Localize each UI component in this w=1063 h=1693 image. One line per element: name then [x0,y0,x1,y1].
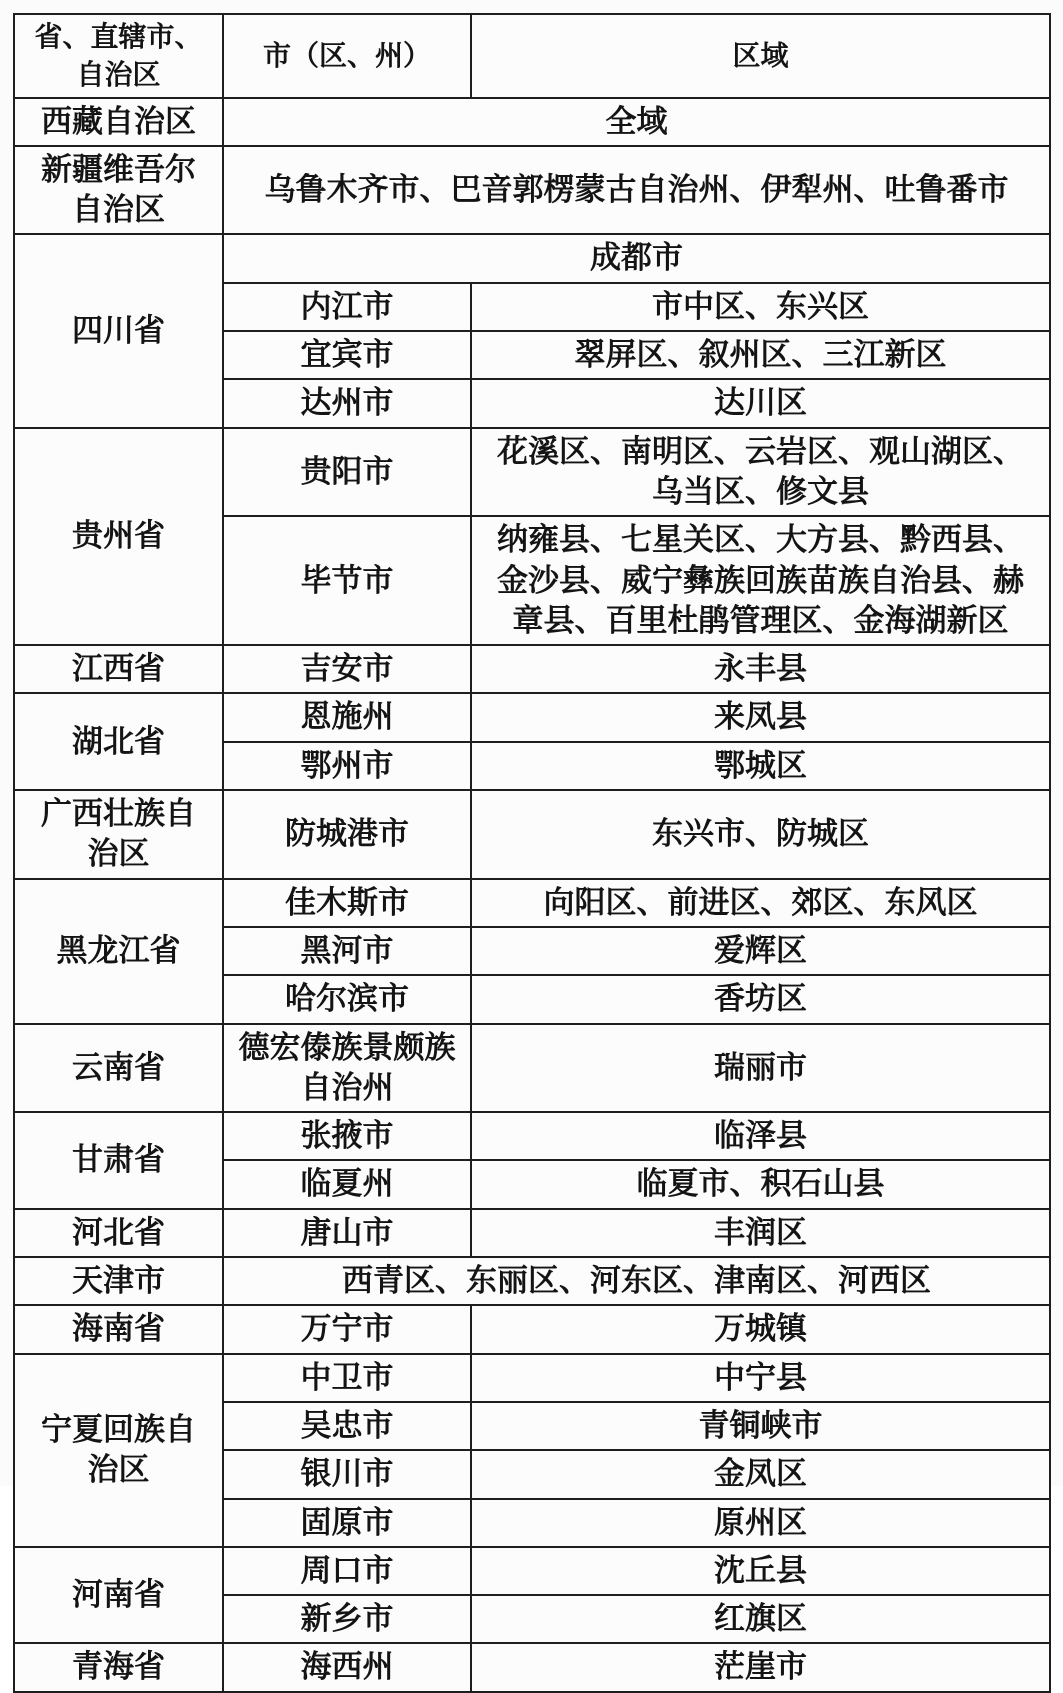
city-cell: 新乡市 [223,1595,471,1643]
city-cell: 毕节市 [223,516,471,645]
table-row: 河北省 唐山市 丰润区 [14,1209,1050,1257]
region-cell: 瑞丽市 [471,1024,1050,1113]
city-cell: 鄂州市 [223,742,471,790]
city-cell: 恩施州 [223,693,471,741]
city-cell: 银川市 [223,1450,471,1498]
province-cell: 西藏自治区 [14,98,223,146]
region-cell: 来凤县 [471,693,1050,741]
province-cell: 青海省 [14,1643,223,1691]
table-row: 贵州省 贵阳市 花溪区、南明区、云岩区、观山湖区、乌当区、修文县 [14,428,1050,517]
province-cell: 湖北省 [14,693,223,790]
region-cell: 西青区、东丽区、河东区、津南区、河西区 [223,1257,1050,1305]
city-cell: 海西州 [223,1643,471,1691]
province-cell: 宁夏回族自治区 [14,1354,223,1547]
header-cell-region: 区域 [471,14,1050,98]
province-cell: 天津市 [14,1257,223,1305]
table-row: 新疆维吾尔自治区 乌鲁木齐市、巴音郭楞蒙古自治州、伊犁州、吐鲁番市 [14,146,1050,235]
region-cell: 市中区、东兴区 [471,283,1050,331]
region-cell: 金凤区 [471,1450,1050,1498]
region-cell: 中宁县 [471,1354,1050,1402]
province-cell: 广西壮族自治区 [14,790,223,879]
city-cell: 固原市 [223,1499,471,1547]
province-cell: 黑龙江省 [14,879,223,1024]
city-cell: 哈尔滨市 [223,975,471,1023]
province-cell: 河北省 [14,1209,223,1257]
city-cell: 黑河市 [223,927,471,975]
table-row: 江西省 吉安市 永丰县 [14,645,1050,693]
region-cell: 临夏市、积石山县 [471,1160,1050,1208]
region-cell: 沈丘县 [471,1547,1050,1595]
region-cell: 茫崖市 [471,1643,1050,1691]
province-cell: 贵州省 [14,428,223,645]
table-row: 云南省 德宏傣族景颇族自治州 瑞丽市 [14,1024,1050,1113]
table-row: 四川省 成都市 [14,234,1050,282]
region-cell: 丰润区 [471,1209,1050,1257]
region-cell: 乌鲁木齐市、巴音郭楞蒙古自治州、伊犁州、吐鲁番市 [223,146,1050,235]
city-cell: 中卫市 [223,1354,471,1402]
region-cell: 临泽县 [471,1112,1050,1160]
table-row: 天津市 西青区、东丽区、河东区、津南区、河西区 [14,1257,1050,1305]
table-row: 宁夏回族自治区 中卫市 中宁县 [14,1354,1050,1402]
city-cell: 万宁市 [223,1305,471,1353]
city-cell: 达州市 [223,379,471,427]
province-cell: 四川省 [14,234,223,427]
table-row: 广西壮族自治区 防城港市 东兴市、防城区 [14,790,1050,879]
province-cell: 云南省 [14,1024,223,1113]
city-cell: 张掖市 [223,1112,471,1160]
table-row: 海南省 万宁市 万城镇 [14,1305,1050,1353]
city-cell: 贵阳市 [223,428,471,517]
province-cell: 甘肃省 [14,1112,223,1209]
table-row: 甘肃省 张掖市 临泽县 [14,1112,1050,1160]
region-cell: 爱辉区 [471,927,1050,975]
header-cell-province: 省、直辖市、自治区 [14,14,223,98]
table-row: 西藏自治区 全域 [14,98,1050,146]
city-cell: 吉安市 [223,645,471,693]
region-cell: 香坊区 [471,975,1050,1023]
region-cell: 花溪区、南明区、云岩区、观山湖区、乌当区、修文县 [471,428,1050,517]
region-cell: 红旗区 [471,1595,1050,1643]
city-cell: 唐山市 [223,1209,471,1257]
table-row: 湖北省 恩施州 来凤县 [14,693,1050,741]
region-cell: 鄂城区 [471,742,1050,790]
province-cell: 新疆维吾尔自治区 [14,146,223,235]
region-cell: 全域 [223,98,1050,146]
region-cell: 达川区 [471,379,1050,427]
province-cell: 海南省 [14,1305,223,1353]
region-cell: 永丰县 [471,645,1050,693]
table-row: 河南省 周口市 沈丘县 [14,1547,1050,1595]
region-cell: 原州区 [471,1499,1050,1547]
province-cell: 河南省 [14,1547,223,1644]
region-cell: 向阳区、前进区、郊区、东风区 [471,879,1050,927]
table-row: 黑龙江省 佳木斯市 向阳区、前进区、郊区、东风区 [14,879,1050,927]
region-cell: 纳雍县、七星关区、大方县、黔西县、金沙县、威宁彝族回族苗族自治县、赫章县、百里杜… [471,516,1050,645]
region-cell: 成都市 [223,234,1050,282]
region-cell: 万城镇 [471,1305,1050,1353]
city-cell: 内江市 [223,283,471,331]
city-cell: 德宏傣族景颇族自治州 [223,1024,471,1113]
city-cell: 周口市 [223,1547,471,1595]
table-row: 青海省 海西州 茫崖市 [14,1643,1050,1691]
city-cell: 宜宾市 [223,331,471,379]
city-cell: 防城港市 [223,790,471,879]
city-cell: 佳木斯市 [223,879,471,927]
province-cell: 江西省 [14,645,223,693]
header-row: 省、直辖市、自治区 市（区、州） 区域 [14,14,1050,98]
city-cell: 吴忠市 [223,1402,471,1450]
page: 省、直辖市、自治区 市（区、州） 区域 西藏自治区 全域 新疆维吾尔自治区 乌鲁… [0,0,1063,1486]
region-cell: 翠屏区、叙州区、三江新区 [471,331,1050,379]
region-cell: 东兴市、防城区 [471,790,1050,879]
header-cell-city: 市（区、州） [223,14,471,98]
region-cell: 青铜峡市 [471,1402,1050,1450]
city-cell: 临夏州 [223,1160,471,1208]
region-table: 省、直辖市、自治区 市（区、州） 区域 西藏自治区 全域 新疆维吾尔自治区 乌鲁… [13,13,1051,1693]
